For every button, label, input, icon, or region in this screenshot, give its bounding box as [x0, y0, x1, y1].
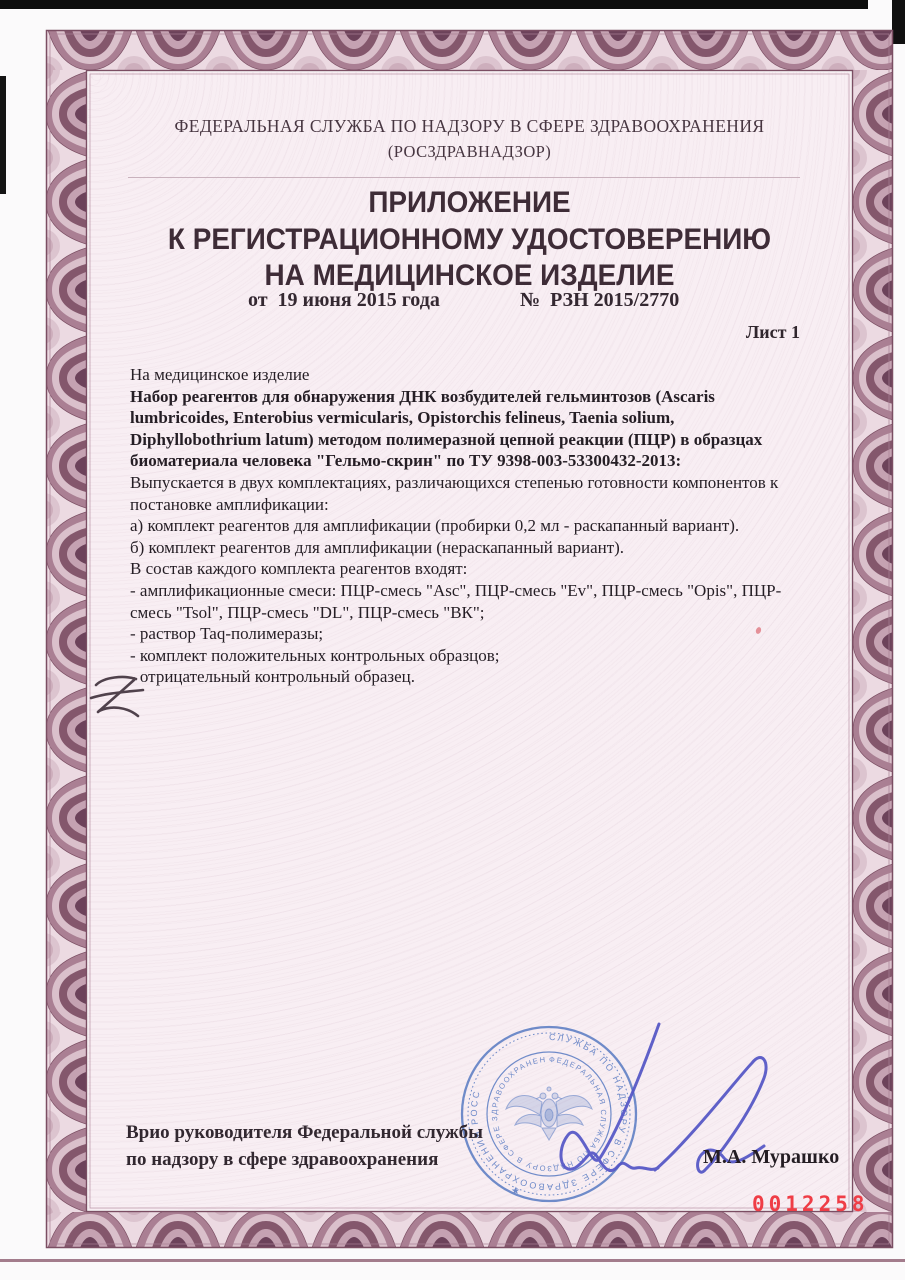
signatory-position-line-1: Врио руководителя Федеральной службы: [126, 1119, 483, 1146]
document-title-line-1: ПРИЛОЖЕНИЕ: [113, 186, 826, 220]
form-serial-number: 0012258: [752, 1192, 869, 1216]
body-line: - амплификационные смеси: ПЦР-смесь "Asc…: [130, 580, 804, 623]
body-intro-line: На медицинское изделие: [130, 364, 804, 386]
scanned-certificate-page: ФЕДЕРАЛЬНАЯ СЛУЖБА ПО НАДЗОРУ В СФЕРЕ ЗД…: [0, 0, 905, 1280]
handwritten-z-mark: [88, 674, 150, 722]
body-text-block: На медицинское изделие Набор реагентов д…: [130, 364, 804, 688]
body-line: - отрицательный контрольный образец.: [130, 666, 804, 688]
signatory-position: Врио руководителя Федеральной службы по …: [126, 1119, 483, 1173]
signatory-position-line-2: по надзору в сфере здравоохранения: [126, 1146, 483, 1173]
document-title-line-3: НА МЕДИЦИНСКОЕ ИЗДЕЛИЕ: [113, 259, 826, 293]
body-line: - комплект положительных контрольных обр…: [130, 645, 804, 667]
body-line: а) комплект реагентов для амплификации (…: [130, 515, 804, 537]
body-line: - раствор Taq-полимеразы;: [130, 623, 804, 645]
header-divider-line: [128, 177, 800, 178]
body-line: б) комплект реагентов для амплификации (…: [130, 537, 804, 559]
document-title-line-2: К РЕГИСТРАЦИОННОМУ УДОСТОВЕРЕНИЮ: [113, 223, 826, 257]
sheet-number-label: Лист 1: [600, 322, 800, 343]
body-line: Выпускается в двух комплектациях, различ…: [130, 472, 804, 515]
device-name-paragraph: Набор реагентов для обнаружения ДНК возб…: [130, 386, 804, 472]
body-line: В состав каждого комплекта реагентов вхо…: [130, 558, 804, 580]
agency-short-name: (РОСЗДРАВНАДЗОР): [86, 142, 853, 162]
signatory-name: М.А. Мурашко: [703, 1146, 839, 1169]
agency-name: ФЕДЕРАЛЬНАЯ СЛУЖБА ПО НАДЗОРУ В СФЕРЕ ЗД…: [86, 116, 853, 137]
registration-number: № РЗН 2015/2770: [520, 289, 679, 312]
signature-ink: [430, 1005, 830, 1205]
registration-date: от 19 июня 2015 года: [248, 289, 440, 312]
